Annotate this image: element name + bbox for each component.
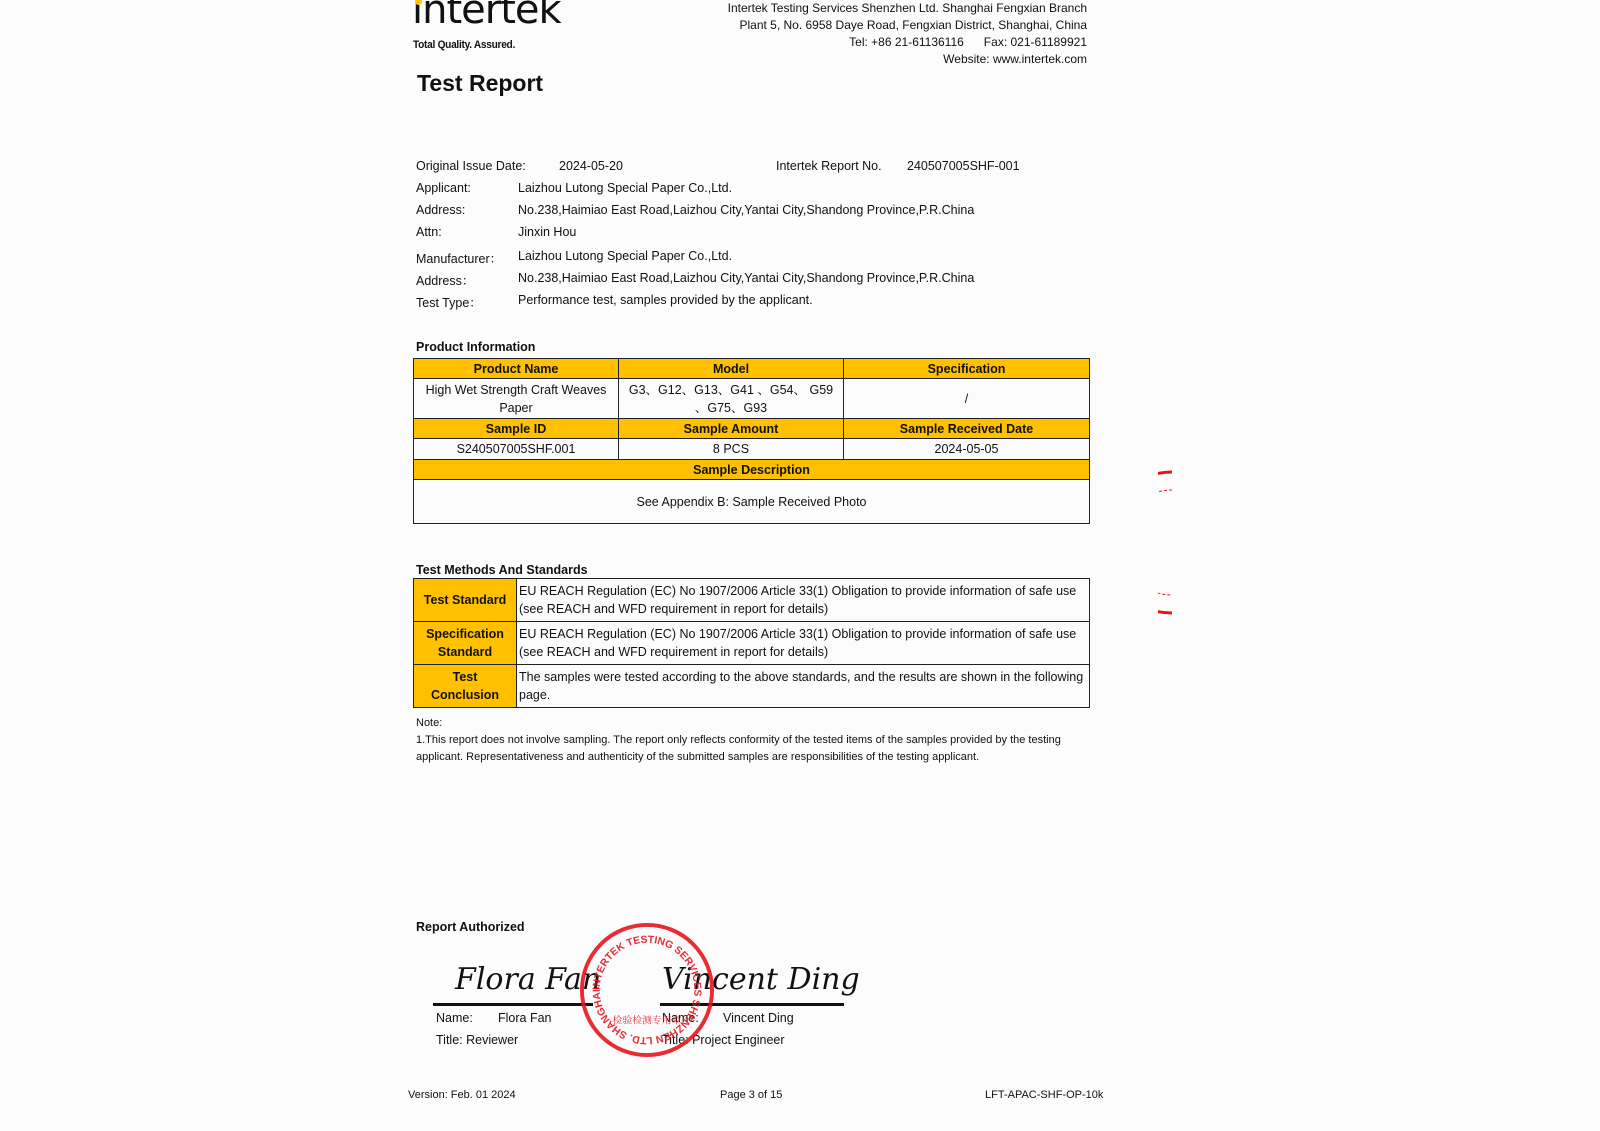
company-address-block: Intertek Testing Services Shenzhen Ltd. … xyxy=(728,0,1087,68)
key-test-standard: Test Standard xyxy=(414,579,517,622)
field-label: Applicant: xyxy=(416,181,471,195)
signer1-name-label: Name: xyxy=(436,1011,473,1025)
field-label: Manufacturer： xyxy=(416,249,502,267)
company-name: Intertek Testing Services Shenzhen Ltd. … xyxy=(728,0,1087,17)
signer1-name: Flora Fan xyxy=(498,1011,552,1025)
field-value: Laizhou Lutong Special Paper Co.,Ltd. xyxy=(518,181,732,195)
key-test-conclusion: Test Conclusion xyxy=(414,665,517,708)
signature-line-1 xyxy=(433,1003,593,1006)
header-specification: Specification xyxy=(844,359,1090,379)
issue-date-value: 2024-05-20 xyxy=(559,159,623,173)
footer-version: Version: Feb. 01 2024 xyxy=(408,1089,516,1101)
header-sample-amount: Sample Amount xyxy=(619,419,844,439)
field-value: No.238,Haimiao East Road,Laizhou City,Ya… xyxy=(518,271,974,285)
test-methods-table: Test Standard EU REACH Regulation (EC) N… xyxy=(413,578,1090,708)
field-label: Test Type： xyxy=(416,293,482,311)
value-specification-standard: EU REACH Regulation (EC) No 1907/2006 Ar… xyxy=(517,622,1090,665)
report-no-value: 240507005SHF-001 xyxy=(907,159,1020,173)
report-no-label: Intertek Report No. xyxy=(776,159,882,173)
header-sample-description: Sample Description xyxy=(414,460,1090,480)
intertek-logo: intertek xyxy=(412,0,561,30)
logo-text: intertek xyxy=(412,0,561,33)
field-value: Performance test, samples provided by th… xyxy=(518,293,813,307)
field-label: Address: xyxy=(416,203,465,217)
stamp-ring-text: INTERTEK TESTING SERVICES SHENZHEN LTD. … xyxy=(578,921,702,1045)
cell-sample-id: S240507005SHF.001 xyxy=(414,439,619,460)
logo-tagline: Total Quality. Assured. xyxy=(413,39,515,51)
cell-sample-received-date: 2024-05-05 xyxy=(844,439,1090,460)
cell-sample-amount: 8 PCS xyxy=(619,439,844,460)
signer2-name: Vincent Ding xyxy=(723,1011,794,1025)
page-title: Test Report xyxy=(417,70,543,97)
field-value: No.238,Haimiao East Road,Laizhou City,Ya… xyxy=(518,203,974,217)
footer-form-code: LFT-APAC-SHF-OP-10k xyxy=(985,1089,1103,1101)
field-label: Attn: xyxy=(416,225,442,239)
footer-page-number: Page 3 of 15 xyxy=(720,1089,782,1101)
company-phone-fax: Tel: +86 21-61136116 Fax: 021-61189921 xyxy=(728,34,1087,51)
value-test-conclusion: The samples were tested according to the… xyxy=(517,665,1090,708)
field-value: Laizhou Lutong Special Paper Co.,Ltd. xyxy=(518,249,732,263)
header-model: Model xyxy=(619,359,844,379)
company-address: Plant 5, No. 6958 Daye Road, Fengxian Di… xyxy=(728,17,1087,34)
field-value: Jinxin Hou xyxy=(518,225,576,239)
official-seal-stamp-icon: INTERTEK TESTING SERVICES SHENZHEN LTD. … xyxy=(578,921,716,1059)
svg-text:INTERTEK TESTING SERVICES SHEN: INTERTEK TESTING SERVICES SHENZHEN LTD. … xyxy=(578,921,702,1045)
note-block: Note: 1.This report does not involve sam… xyxy=(416,715,1096,766)
header-sample-id: Sample ID xyxy=(414,419,619,439)
partial-seal-edge-icon xyxy=(1158,470,1172,615)
cell-sample-description: See Appendix B: Sample Received Photo xyxy=(414,480,1090,524)
header-sample-received-date: Sample Received Date xyxy=(844,419,1090,439)
report-authorized-title: Report Authorized xyxy=(416,920,525,934)
stamp-inner-text: 检验检测专用章 xyxy=(613,1014,682,1027)
note-label: Note: xyxy=(416,715,1096,732)
note-text: 1.This report does not involve sampling.… xyxy=(416,732,1096,766)
signer1-title: Title: Reviewer xyxy=(436,1033,518,1047)
cell-specification: / xyxy=(844,379,1090,419)
value-test-standard: EU REACH Regulation (EC) No 1907/2006 Ar… xyxy=(517,579,1090,622)
issue-date-label: Original Issue Date: xyxy=(416,159,526,173)
test-methods-title: Test Methods And Standards xyxy=(416,563,588,577)
company-website: Website: www.intertek.com xyxy=(728,51,1087,68)
field-label: Address： xyxy=(416,271,474,289)
cell-model: G3、G12、G13、G41 、G54、 G59 、G75、G93 xyxy=(619,379,844,419)
key-specification-standard: Specification Standard xyxy=(414,622,517,665)
product-info-title: Product Information xyxy=(416,340,535,354)
header-product-name: Product Name xyxy=(414,359,619,379)
cell-product-name: High Wet Strength Craft Weaves Paper xyxy=(414,379,619,419)
product-info-table: Product Name Model Specification High We… xyxy=(413,358,1090,524)
